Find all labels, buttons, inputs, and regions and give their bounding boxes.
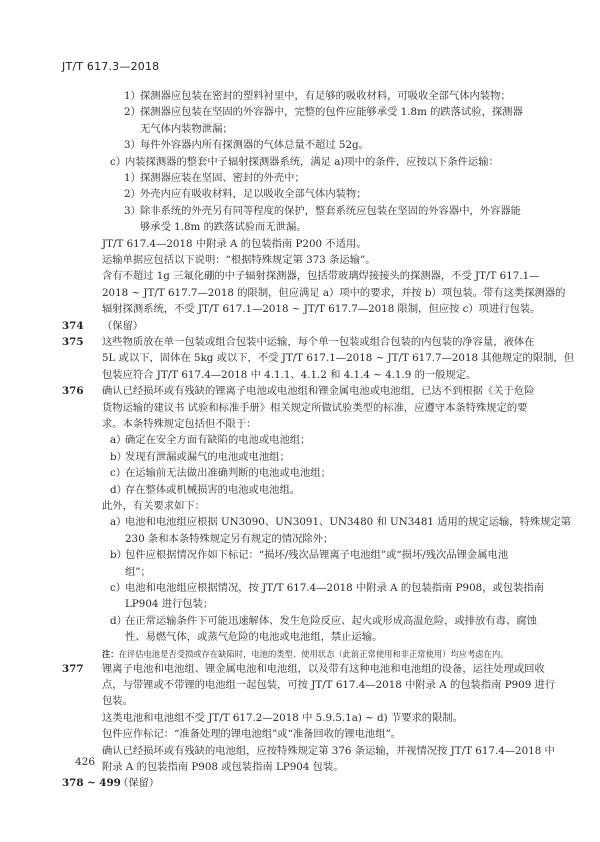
list-item-text: 内装探测器的整套中子辐射探测器系统，满足 a)项中的条件，应按以下条件运输： [125, 155, 499, 169]
note-text: 在评估电池是否受损或存在缺陷时，电池的类型、使用状态（此前正常使用和非正常使用）… [119, 649, 509, 659]
list-item-text: 在运输前无法做出准确判断的电池或电池组； [125, 466, 331, 480]
paragraph-line: 附录 A 的包装指南 P908 或包装指南 LP904 包装。 [102, 760, 344, 774]
list-marker: 1） [124, 171, 141, 185]
provision-text: 点，与带锂或不带锂的电池组一起包装，可按 JT/T 617.4—2018 中附录… [102, 678, 555, 692]
standard-id-header: JT/T 617.3—2018 [62, 60, 159, 73]
provision-text: （保留） [102, 319, 143, 333]
list-item-text: 在正常运输条件下可能迅速解体、发生危险反应、起火或形成高温危险，或排放有毒、腐蚀 [125, 614, 537, 628]
list-item-text: 无气体内装物泄漏； [140, 122, 233, 136]
paragraph-line: 含有不超过 1g 三氟化硼的中子辐射探测器，包括带玻璃焊接接头的探测器，不受 J… [102, 269, 539, 283]
list-marker: 3） [124, 204, 141, 218]
provision-number: 376 [62, 384, 84, 398]
list-item-text: 电池和电池组应根据 UN3090、UN3091、UN3480 和 UN3481 … [125, 515, 571, 529]
paragraph-line: 运输单据应包括以下说明：“根据特殊规定第 373 条运输”。 [102, 253, 376, 267]
list-marker: 2） [124, 187, 141, 201]
provision-text: 货物运输的建议书 试验和标准手册》相关规定所做试验类型的标准，应遵守本条特殊规定… [102, 401, 527, 415]
page-number: 426 [75, 756, 95, 768]
list-marker: c） [110, 466, 126, 480]
paragraph-line: 包件应作标记：“准备处理的锂电池组”或“准备回收的锂电池组”。 [102, 727, 401, 741]
list-item-text: 组”； [125, 565, 151, 579]
list-item-text: 存在整体或机械损害的电池或电池组。 [125, 483, 300, 497]
paragraph-line: 辐射探测系统，不受 JT/T 617.1—2018 ~ JT/T 617.7—2… [102, 302, 540, 316]
paragraph-line: 这类电池和电池组不受 JT/T 617.2—2018 中 5.9.5.1a) ~… [102, 711, 463, 725]
list-item-text: 外壳内应有吸收材料，足以吸收全部气体内装物； [140, 187, 367, 201]
list-marker: a） [110, 433, 126, 447]
provision-number: 375 [62, 335, 84, 349]
list-marker: 1） [124, 89, 141, 103]
note-label: 注： [102, 649, 119, 659]
paragraph-line: 确认已经损坏或有残缺的电池组，应按特殊规定第 376 条运输，并视情况按 JT/… [102, 744, 555, 758]
list-item-text: 性、易燃气体，或蒸气危险的电池或电池组，禁止运输。 [125, 630, 382, 644]
provision-text: （保留） [118, 776, 159, 790]
list-marker: c） [110, 581, 126, 595]
list-marker: 3） [124, 138, 141, 152]
provision-text: 5L 或以下，固体在 5kg 或以下，不受 JT/T 617.1—2018 ~ … [102, 351, 574, 365]
provision-text: 锂离子电池和电池组、锂金属电池和电池组，以及带有这种电池和电池组的设备，运往处理… [102, 662, 545, 676]
provision-number: 378 ~ 499 [62, 776, 121, 790]
paragraph-line: 此外，有关要求如下： [102, 499, 205, 513]
provision-text: 这些物质放在单一包装或组合包装中运输，每个单一包装或组合包装的内包装的净容量，液… [102, 335, 534, 349]
list-marker: 2） [124, 105, 141, 119]
provision-text: 确认已经损坏或有残缺的锂离子电池或电池组和锂金属电池或电池组，已达不到根据《关于… [102, 384, 534, 398]
list-item-text: 每件外容器内所有探测器的气体总量不超过 52g。 [140, 138, 369, 152]
list-item-text: 包件应根据情况作如下标记：“损坏/残次品锂离子电池组”或“损坏/残次品锂金属电池 [125, 548, 508, 562]
paragraph-line: 2018 ~ JT/T 617.7—2018 的限制，但应满足 a）项中的要求，… [102, 286, 565, 300]
provision-number: 377 [62, 662, 84, 676]
list-item-text: 确定在安全方面有缺陷的电池或电池组； [125, 433, 310, 447]
list-item-text: 除非系统的外壳另有同等程度的保护，整套系统应包装在坚固的外容器中，外容器能 [140, 204, 521, 218]
provision-text: 求。本条特殊规定包括但不限于： [102, 417, 256, 431]
list-marker: c） [110, 155, 126, 169]
list-item-text: 探测器应包装在密封的塑料衬里中，有足够的吸收材料，可吸收全部气体内装物； [140, 89, 511, 103]
provision-number: 374 [62, 319, 84, 333]
list-item-text: 探测器应装在坚固、密封的外壳中； [140, 171, 305, 185]
list-marker: a） [110, 515, 126, 529]
list-item-text: 发现有泄漏或漏气的电池或电池组； [125, 450, 290, 464]
paragraph-line: JT/T 617.4—2018 中附录 A 的包装指南 P200 不适用。 [102, 237, 367, 251]
list-item-text: 电池和电池组应根据情况，按 JT/T 617.4—2018 中附录 A 的包装指… [125, 581, 544, 595]
list-item-text: 探测器应包装在坚固的外容器中，完整的包件应能够承受 1.8m 的跌落试验，探测器 [140, 105, 523, 119]
list-item-text: 够承受 1.8m 的跌落试验而无泄漏。 [140, 220, 307, 234]
provision-text: 包装。 [102, 694, 133, 708]
list-item-text: LP904 进行包装； [125, 597, 213, 611]
note: 注：在评估电池是否受损或存在缺陷时，电池的类型、使用状态（此前正常使用和非正常使… [102, 648, 509, 660]
list-item-text: 230 条和本条特殊规定另有规定的情况除外； [125, 532, 333, 546]
provision-text: 包装应符合 JT/T 617.4—2018 中 4.1.1、4.1.2 和 4.… [102, 368, 476, 382]
